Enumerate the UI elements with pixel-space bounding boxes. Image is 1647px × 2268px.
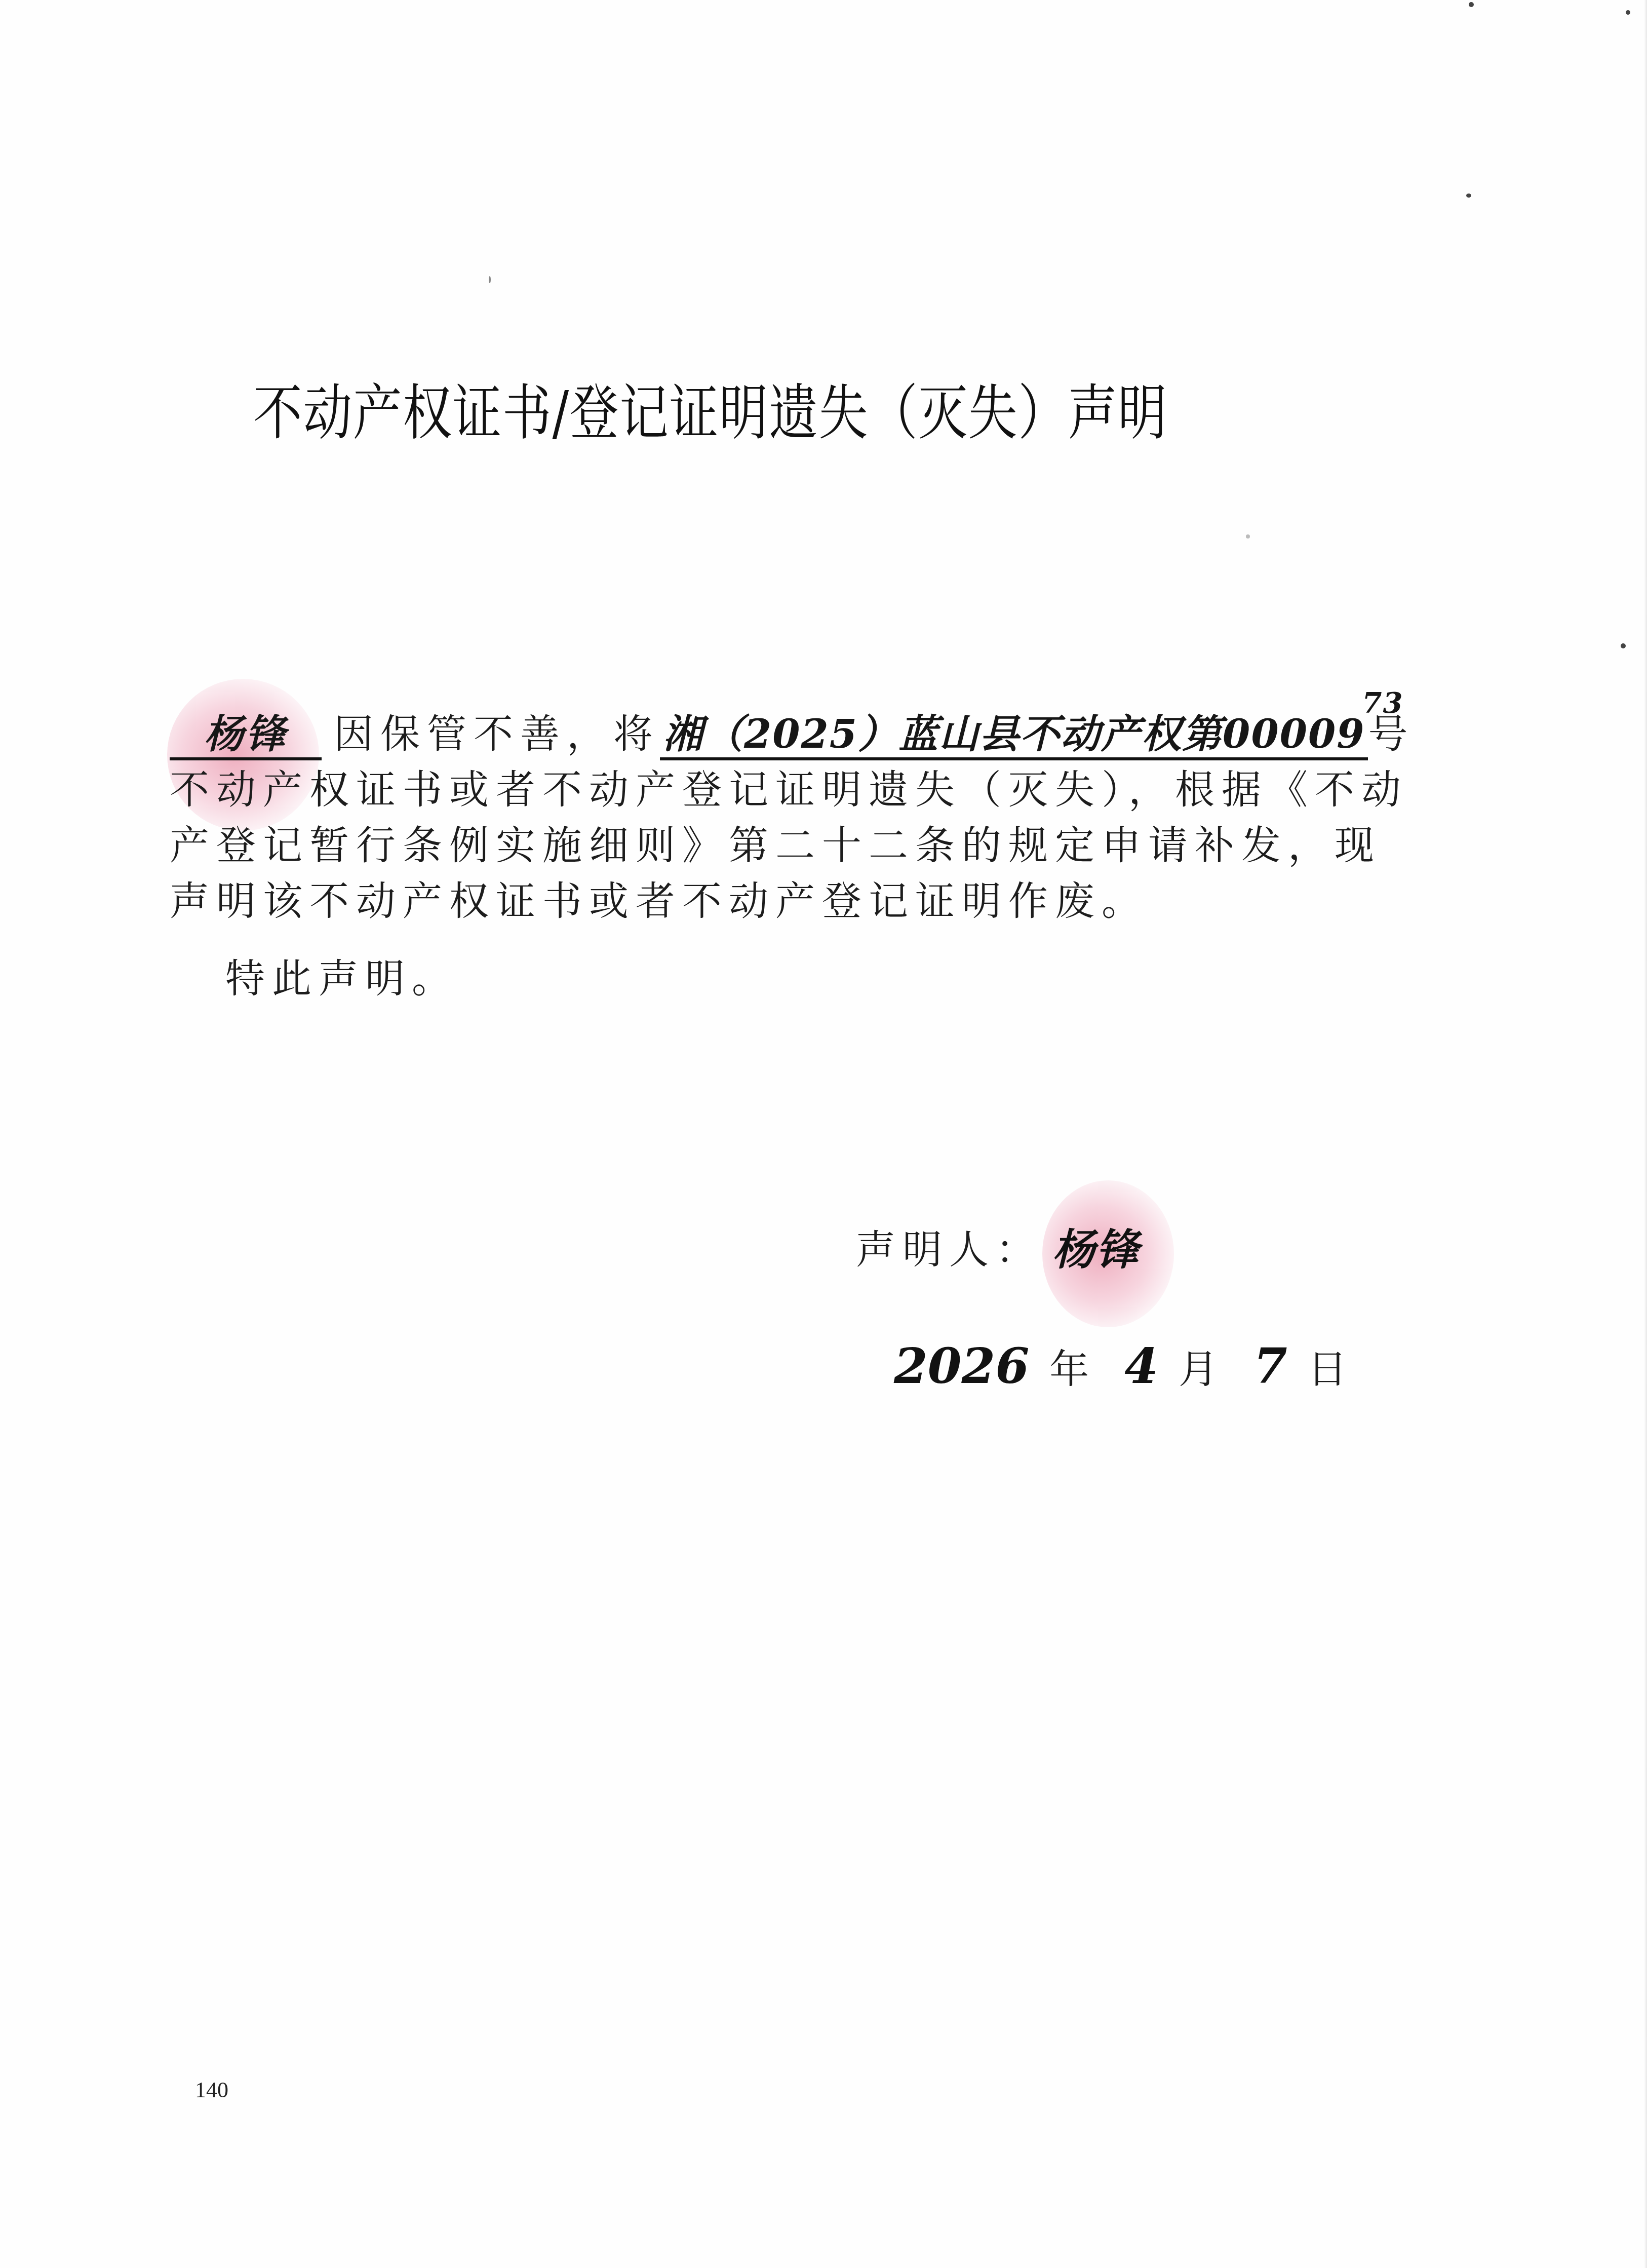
page-number: 140 — [195, 2077, 228, 2103]
certificate-number-field: 湘（2025）蓝山县不动产权第0000973 — [660, 712, 1368, 760]
signature-area: 杨锋 — [1052, 1216, 1140, 1277]
document-page: 不动产权证书/登记证明遗失（灭失）声明 杨锋因保管不善，将湘（2025）蓝山县不… — [0, 0, 1647, 2268]
certificate-number-correction: 73 — [1362, 680, 1404, 726]
document-title: 不动产权证书/登记证明遗失（灭失）声明 — [253, 365, 1167, 451]
date-year-label: 年 — [1049, 1338, 1089, 1395]
scan-speck — [489, 276, 491, 283]
closing-statement: 特此声明。 — [225, 947, 458, 1004]
date-day: 7 — [1253, 1337, 1287, 1395]
certificate-number: 湘（2025）蓝山县不动产权第00009 — [663, 711, 1365, 757]
date-month-label: 月 — [1179, 1338, 1218, 1395]
scan-speck — [1469, 2, 1474, 7]
signature-block: 声明人： 杨锋 — [856, 1216, 1140, 1277]
scan-speck — [1466, 194, 1471, 198]
body-text-before-cert: 因保管不善，将 — [334, 712, 660, 757]
scan-edge — [1644, 0, 1647, 2268]
scan-speck — [1621, 643, 1626, 648]
declarant-label: 声明人： — [856, 1218, 1042, 1275]
date-year: 2026 — [894, 1337, 1029, 1395]
declaration-date: 2026 年 4 月 7 日 — [894, 1337, 1383, 1395]
declarant-name-field: 杨锋 — [170, 712, 322, 760]
date-month: 4 — [1124, 1337, 1158, 1395]
scan-speck — [1626, 10, 1630, 15]
date-day-label: 日 — [1308, 1338, 1347, 1395]
scan-speck — [1246, 534, 1250, 539]
declaration-body: 杨锋因保管不善，将湘（2025）蓝山县不动产权第0000973号不动产权证书或者… — [170, 707, 1416, 930]
handwritten-signature: 杨锋 — [1052, 1224, 1140, 1275]
